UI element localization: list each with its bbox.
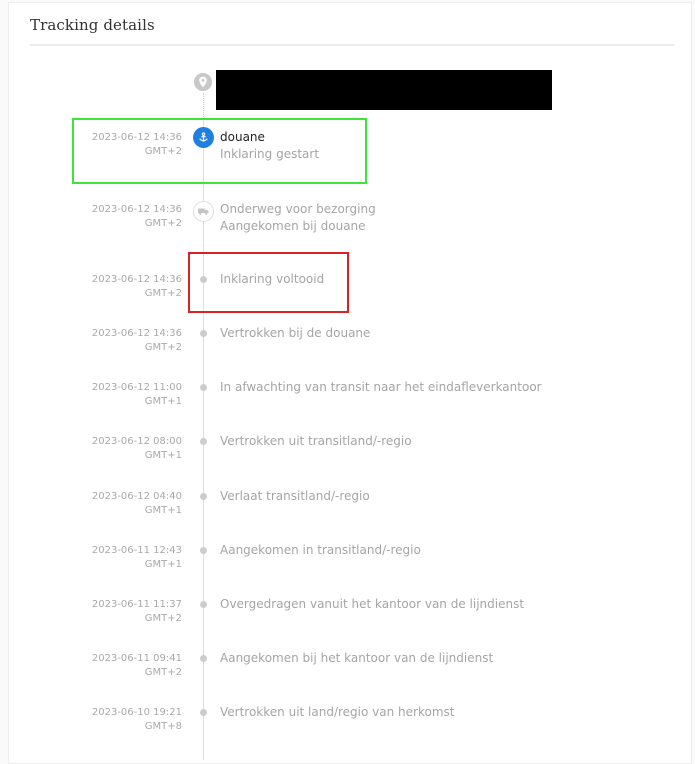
event-time: 2023-06-11 11:37 GMT+2 <box>92 598 182 626</box>
section-title: Tracking details <box>30 16 155 34</box>
event-date: 2023-06-12 11:00 <box>92 381 182 395</box>
event-status: Inklaring voltooid <box>220 271 324 288</box>
event-description: Verlaat transitland/-regio <box>220 488 370 505</box>
event-time: 2023-06-12 14:36 GMT+2 <box>92 131 182 159</box>
event-time: 2023-06-12 04:40 GMT+1 <box>92 490 182 518</box>
timeline-dot <box>200 384 207 391</box>
event-time: 2023-06-12 11:00 GMT+1 <box>92 381 182 409</box>
event-status: Vertrokken uit land/regio van herkomst <box>220 704 454 721</box>
event-date: 2023-06-12 04:40 <box>92 490 182 504</box>
event-description: Overgedragen vanuit het kantoor van de l… <box>220 596 524 613</box>
event-timezone: GMT+8 <box>92 720 182 734</box>
event-time: 2023-06-11 09:41 GMT+2 <box>92 652 182 680</box>
event-date: 2023-06-12 14:36 <box>92 131 182 145</box>
event-date: 2023-06-11 12:43 <box>92 544 182 558</box>
event-description: Vertrokken uit transitland/-regio <box>220 433 412 450</box>
truck-icon <box>198 208 209 215</box>
timeline-dot <box>200 438 207 445</box>
event-description: In afwachting van transit naar het einda… <box>220 379 542 396</box>
event-date: 2023-06-11 11:37 <box>92 598 182 612</box>
event-description: Inklaring voltooid <box>220 271 324 288</box>
event-status: Vertrokken bij de douane <box>220 325 370 342</box>
timeline-dot <box>200 709 207 716</box>
event-status: Verlaat transitland/-regio <box>220 488 370 505</box>
event-timezone: GMT+1 <box>92 449 182 463</box>
event-timezone: GMT+2 <box>92 145 182 159</box>
event-timezone: GMT+1 <box>92 395 182 409</box>
event-status: Vertrokken uit transitland/-regio <box>220 433 412 450</box>
event-time: 2023-06-10 19:21 GMT+8 <box>92 706 182 734</box>
event-status: Aangekomen bij het kantoor van de lijndi… <box>220 650 493 667</box>
event-timezone: GMT+2 <box>92 666 182 680</box>
event-description: Vertrokken bij de douane <box>220 325 370 342</box>
event-time: 2023-06-12 14:36 GMT+2 <box>92 327 182 355</box>
event-time: 2023-06-12 14:36 GMT+2 <box>92 273 182 301</box>
truck-node <box>193 201 214 222</box>
anchor-icon <box>198 132 209 143</box>
event-description: Vertrokken uit land/regio van herkomst <box>220 704 454 721</box>
timeline-dot <box>200 493 207 500</box>
event-timezone: GMT+2 <box>92 287 182 301</box>
location-pin-icon <box>194 73 212 91</box>
event-timezone: GMT+2 <box>92 612 182 626</box>
event-date: 2023-06-12 14:36 <box>92 203 182 217</box>
timeline-dot <box>200 330 207 337</box>
event-description: Aangekomen bij het kantoor van de lijndi… <box>220 650 493 667</box>
event-date: 2023-06-12 08:00 <box>92 435 182 449</box>
event-timezone: GMT+1 <box>92 504 182 518</box>
event-time: 2023-06-11 12:43 GMT+1 <box>92 544 182 572</box>
timeline-dot <box>200 655 207 662</box>
event-timezone: GMT+2 <box>92 217 182 231</box>
title-divider <box>30 44 674 46</box>
event-timezone: GMT+2 <box>92 341 182 355</box>
event-status: Overgedragen vanuit het kantoor van de l… <box>220 596 524 613</box>
event-status-primary: Onderweg voor bezorging <box>220 201 376 218</box>
event-timezone: GMT+1 <box>92 558 182 572</box>
event-status: Aangekomen bij douane <box>220 218 376 235</box>
event-heading: douane <box>220 129 319 146</box>
event-time: 2023-06-12 14:36 GMT+2 <box>92 203 182 231</box>
timeline-dot <box>200 276 207 283</box>
timeline-dot <box>200 547 207 554</box>
event-time: 2023-06-12 08:00 GMT+1 <box>92 435 182 463</box>
event-description: douane Inklaring gestart <box>220 129 319 163</box>
redacted-address <box>216 70 552 110</box>
event-status: In afwachting van transit naar het einda… <box>220 379 542 396</box>
event-description: Aangekomen in transitland/-regio <box>220 542 421 559</box>
event-date: 2023-06-12 14:36 <box>92 327 182 341</box>
event-description: Onderweg voor bezorging Aangekomen bij d… <box>220 201 376 235</box>
event-date: 2023-06-12 14:36 <box>92 273 182 287</box>
event-date: 2023-06-10 19:21 <box>92 706 182 720</box>
event-status: Inklaring gestart <box>220 146 319 163</box>
customs-node <box>193 127 214 148</box>
event-status: Aangekomen in transitland/-regio <box>220 542 421 559</box>
timeline-dot <box>200 601 207 608</box>
tracking-panel <box>8 2 692 750</box>
event-date: 2023-06-11 09:41 <box>92 652 182 666</box>
